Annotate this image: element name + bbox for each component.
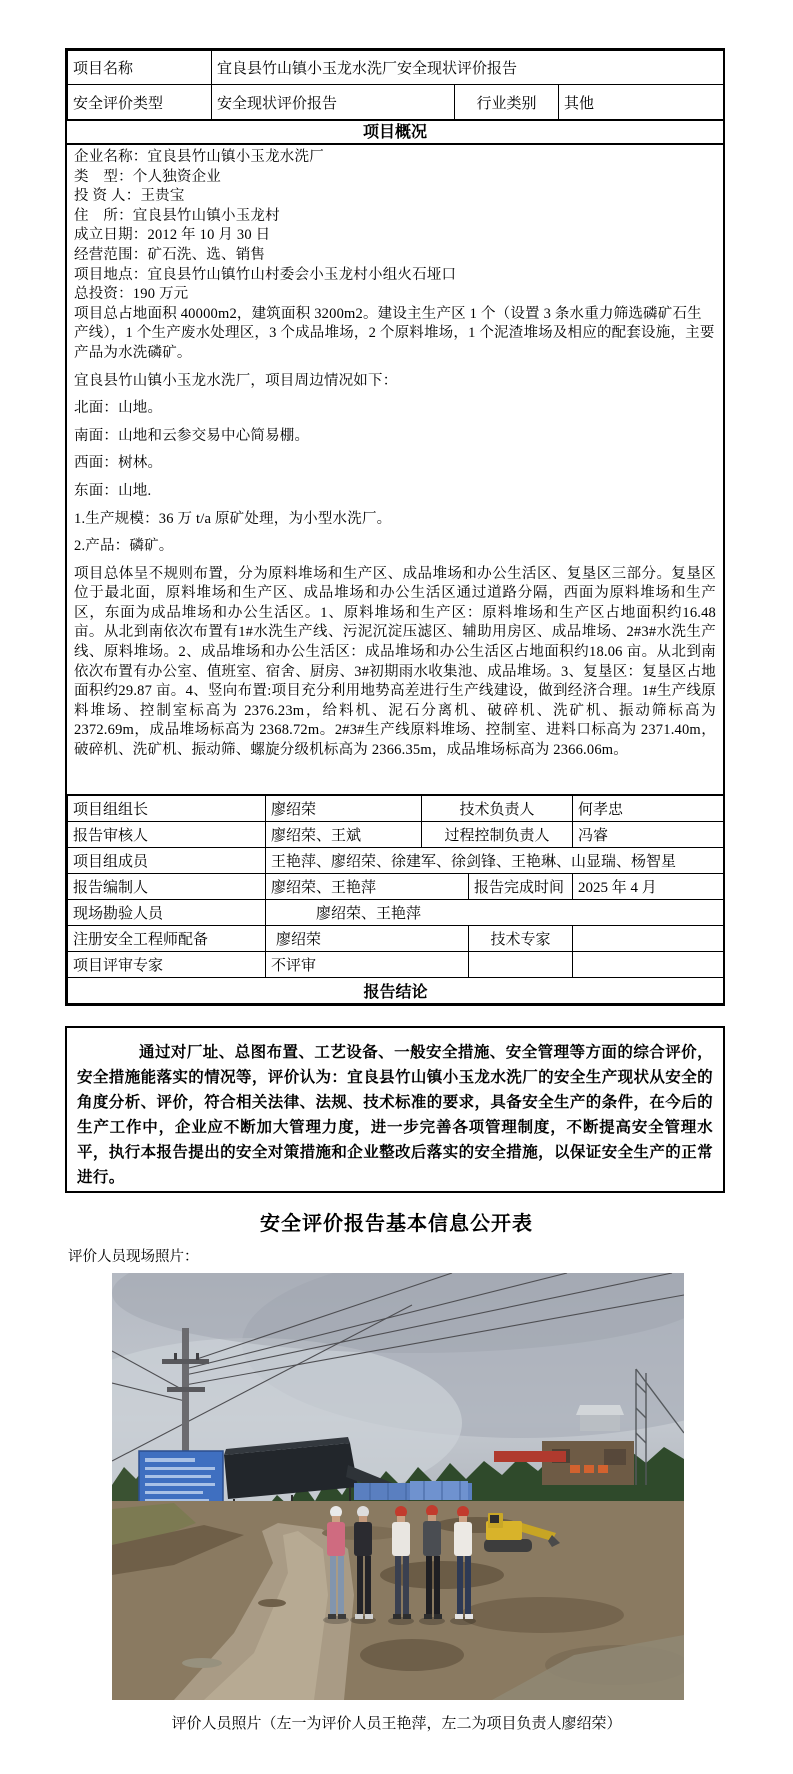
finish-value: 2025 年 4 月 bbox=[573, 874, 724, 900]
leader-value: 廖绍荣 bbox=[266, 796, 422, 822]
table-row: 项目组成员 王艳萍、廖绍荣、徐建军、徐剑锋、王艳琳、山显瑞、杨智星 bbox=[68, 848, 724, 874]
overview-line: 投 资 人：王贵宝 bbox=[74, 187, 716, 207]
table-row: 报告编制人 廖绍荣、王艳萍 报告完成时间 2025 年 4 月 bbox=[68, 874, 724, 900]
author-label: 报告编制人 bbox=[68, 874, 266, 900]
report-info-table: 项目名称 宜良县竹山镇小玉龙水洗厂安全现状评价报告 安全评价类型 安全现状评价报… bbox=[65, 48, 725, 1006]
review-value: 廖绍荣、王斌 bbox=[266, 822, 422, 848]
overview-line: 2.产品：磷矿。 bbox=[74, 537, 716, 557]
overview-line: 南面：山地和云参交易中心简易棚。 bbox=[74, 427, 716, 447]
overview-line: 住 所：宜良县竹山镇小玉龙村 bbox=[74, 207, 716, 227]
process-label: 过程控制负责人 bbox=[422, 822, 573, 848]
overview-line: 北面：山地。 bbox=[74, 399, 716, 419]
overview-line: 经营范围：矿石洗、选、销售 bbox=[74, 246, 716, 266]
overview-line: 1.生产规模：36 万 t/a 原矿处理，为小型水洗厂。 bbox=[74, 510, 716, 530]
overview-line: 宜良县竹山镇小玉龙水洗厂，项目周边情况如下： bbox=[74, 372, 716, 392]
overview-line: 企业名称：宜良县竹山镇小玉龙水洗厂 bbox=[74, 148, 716, 168]
review-expert-value: 不评审 bbox=[266, 952, 469, 978]
project-name-value: 宜良县竹山镇小玉龙水洗厂安全现状评价报告 bbox=[212, 51, 724, 85]
site-photo-label: 评价人员现场照片： bbox=[68, 1245, 199, 1266]
overview-line: 西面：树林。 bbox=[74, 454, 716, 474]
tech-value: 何孝忠 bbox=[573, 796, 724, 822]
engineer-label: 注册安全工程师配备 bbox=[68, 926, 266, 952]
overview-line: 总投资：190 万元 bbox=[74, 285, 716, 305]
public-info-title: 安全评价报告基本信息公开表 bbox=[0, 1207, 793, 1236]
process-value: 冯睿 bbox=[573, 822, 724, 848]
leader-label: 项目组组长 bbox=[68, 796, 266, 822]
overview-line: 类 型：个人独资企业 bbox=[74, 168, 716, 188]
overview-text: 企业名称：宜良县竹山镇小玉龙水洗厂 类 型：个人独资企业 投 资 人：王贵宝 住… bbox=[67, 145, 723, 795]
eval-type-label: 安全评价类型 bbox=[68, 85, 212, 120]
conclusion-box: 通过对厂址、总图布置、工艺设备、一般安全措施、安全管理等方面的综合评价，安全措施… bbox=[65, 1026, 725, 1193]
table-row: 注册安全工程师配备 廖绍荣 技术专家 bbox=[68, 926, 724, 952]
overview-section-title: 项目概况 bbox=[67, 120, 723, 145]
review-expert-label: 项目评审专家 bbox=[68, 952, 266, 978]
survey-label: 现场勘验人员 bbox=[68, 900, 266, 926]
table-row: 项目评审专家 不评审 bbox=[68, 952, 724, 978]
eval-type-value: 安全现状评价报告 bbox=[212, 85, 455, 120]
engineer-value: 廖绍荣 bbox=[266, 926, 469, 952]
review-label: 报告审核人 bbox=[68, 822, 266, 848]
members-label: 项目组成员 bbox=[68, 848, 266, 874]
overview-line: 成立日期：2012 年 10 月 30 日 bbox=[74, 226, 716, 246]
industry-label: 行业类别 bbox=[455, 85, 559, 120]
overview-line: 东面：山地. bbox=[74, 482, 716, 502]
table-row: 现场勘验人员 廖绍荣、王艳萍 bbox=[68, 900, 724, 926]
photo-caption: 评价人员照片（左一为评价人员王艳萍，左二为项目负责人廖绍荣） bbox=[0, 1712, 793, 1733]
author-value: 廖绍荣、王艳萍 bbox=[266, 874, 469, 900]
members-value: 王艳萍、廖绍荣、徐建军、徐剑锋、王艳琳、山显瑞、杨智星 bbox=[266, 848, 724, 874]
table-row: 报告审核人 廖绍荣、王斌 过程控制负责人 冯睿 bbox=[68, 822, 724, 848]
overview-line: 项目总占地面积 40000m2，建筑面积 3200m2。建设主生产区 1 个（设… bbox=[74, 305, 716, 364]
empty-cell bbox=[469, 952, 573, 978]
expert-label: 技术专家 bbox=[469, 926, 573, 952]
document-page: 项目名称 宜良县竹山镇小玉龙水洗厂安全现状评价报告 安全评价类型 安全现状评价报… bbox=[0, 0, 793, 1774]
empty-cell bbox=[573, 952, 724, 978]
personnel-table: 项目组组长 廖绍荣 技术负责人 何孝忠 报告审核人 廖绍荣、王斌 过程控制负责人… bbox=[67, 795, 724, 1004]
overview-line: 项目地点：宜良县竹山镇竹山村委会小玉龙村小组火石垭口 bbox=[74, 266, 716, 286]
overview-paragraph: 项目总体呈不规则布置，分为原料堆场和生产区、成品堆场和办公生活区、复垦区三部分。… bbox=[74, 565, 716, 761]
table-row: 报告结论 bbox=[68, 978, 724, 1004]
expert-value bbox=[573, 926, 724, 952]
conclusion-text: 通过对厂址、总图布置、工艺设备、一般安全措施、安全管理等方面的综合评价，安全措施… bbox=[77, 1040, 713, 1190]
survey-value: 廖绍荣、王艳萍 bbox=[266, 900, 724, 926]
conclusion-section-title: 报告结论 bbox=[68, 978, 724, 1004]
project-name-label: 项目名称 bbox=[68, 51, 212, 85]
industry-value: 其他 bbox=[559, 85, 724, 120]
finish-label: 报告完成时间 bbox=[469, 874, 573, 900]
header-table: 项目名称 宜良县竹山镇小玉龙水洗厂安全现状评价报告 安全评价类型 安全现状评价报… bbox=[67, 50, 724, 120]
table-row: 项目组组长 廖绍荣 技术负责人 何孝忠 bbox=[68, 796, 724, 822]
tech-label: 技术负责人 bbox=[422, 796, 573, 822]
site-photo bbox=[112, 1273, 684, 1700]
